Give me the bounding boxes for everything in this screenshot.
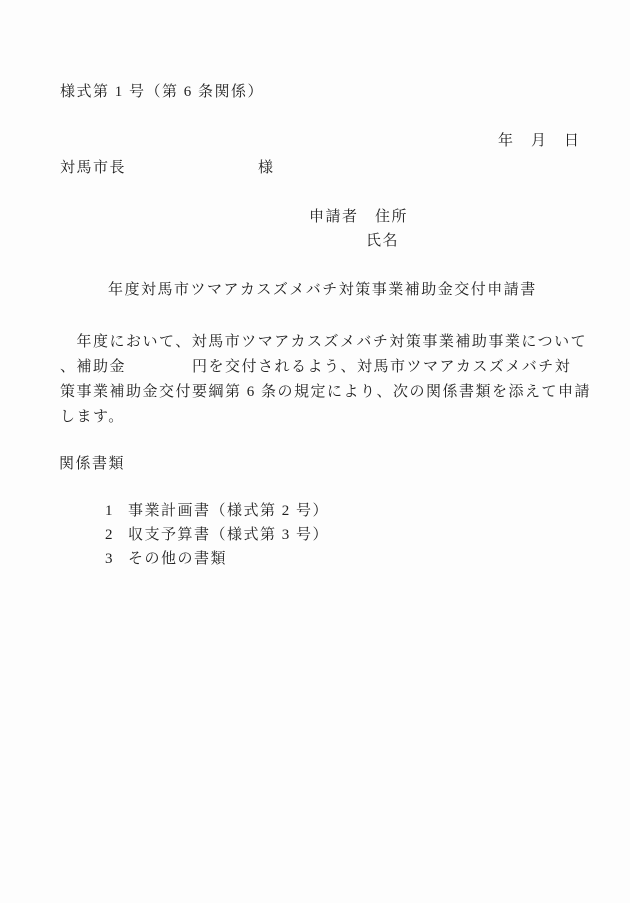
attachment-item-number: 3 xyxy=(105,551,114,567)
addressee-line: 対馬市長 様 xyxy=(60,160,275,177)
body-line: します。 xyxy=(60,409,125,426)
attachment-item: 3その他の書類 xyxy=(84,534,227,585)
attachment-item-text: その他の書類 xyxy=(128,551,227,567)
body-line: 策事業補助金交付要綱第 6 条の規定により、次の関係書類を添えて申請 xyxy=(60,384,591,401)
document-title: 年度対馬市ツマアカスズメバチ対策事業補助金交付申請書 xyxy=(108,282,537,299)
date-line: 年 月 日 xyxy=(498,133,581,150)
attachments-heading: 関係書類 xyxy=(59,456,125,473)
body-line: 年度において、対馬市ツマアカスズメバチ対策事業補助事業について xyxy=(60,334,587,351)
document-page: 様式第 1 号（第 6 条関係） 年 月 日 対馬市長 様 申請者 住所 氏名 … xyxy=(0,0,630,903)
body-line: 、補助金 円を交付されるよう、対馬市ツマアカスズメバチ対 xyxy=(60,359,571,376)
applicant-name-line: 氏名 xyxy=(366,233,399,250)
form-number: 様式第 1 号（第 6 条関係） xyxy=(60,84,264,101)
applicant-address-line: 申請者 住所 xyxy=(309,209,408,226)
